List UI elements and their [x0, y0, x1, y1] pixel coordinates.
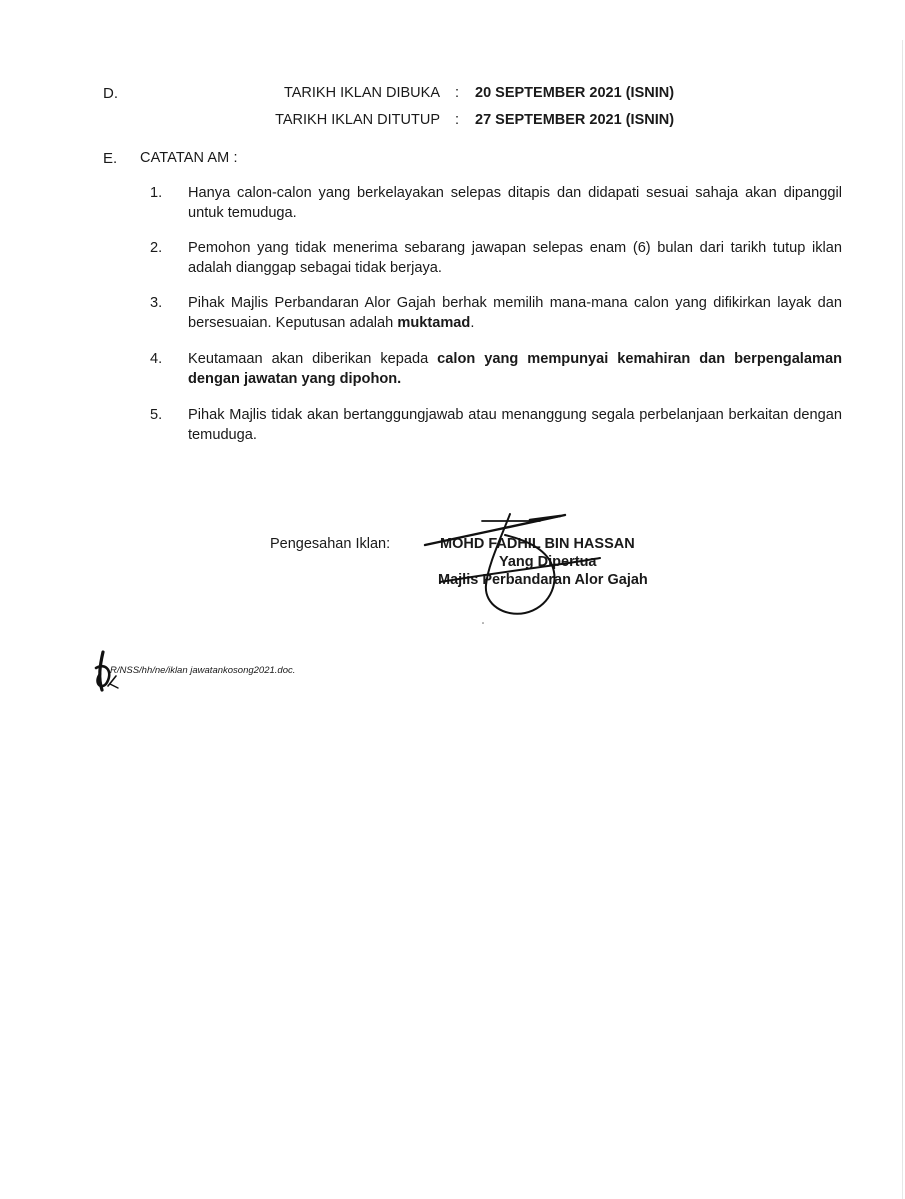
- initials-mark-icon: [0, 0, 200, 720]
- document-reference: R/NSS/hh/ne/iklan jawatankosong2021.doc.: [110, 665, 295, 676]
